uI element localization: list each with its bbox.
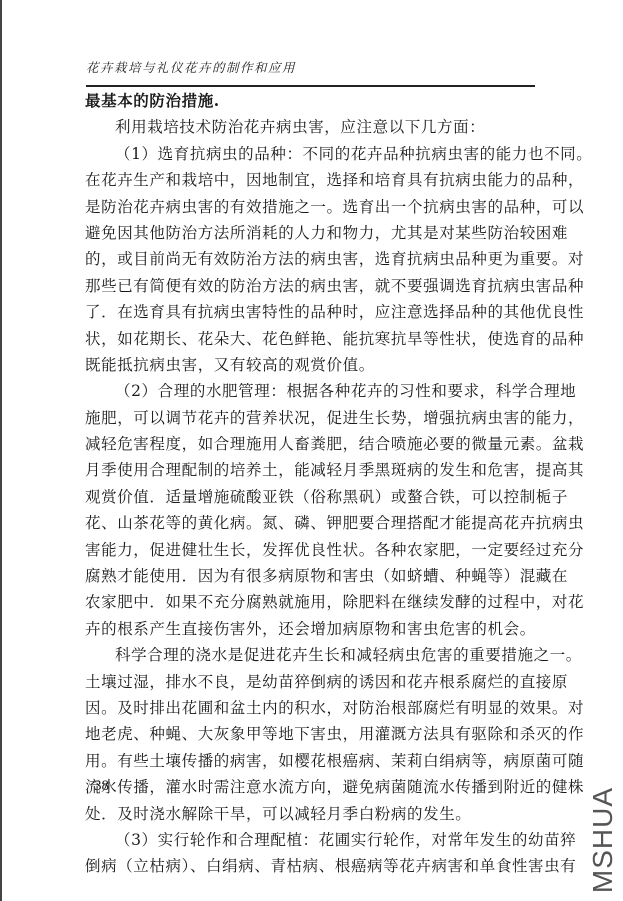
text-line: 流水传播，灌水时需注意水流方向，避免病菌随流水传播到附近的健株 <box>85 774 537 800</box>
watermark: MSHUA <box>588 796 618 884</box>
text-line: 施肥，可以调节花卉的营养状况，促进生长势，增强抗病虫害的能力， <box>85 405 537 431</box>
text-line: 农家肥中．如果不充分腐熟就施用，除肥料在继续发酵的过程中，对花 <box>85 589 537 615</box>
text-line: 在花卉生产和栽培中，因地制宜，选择和培育具有抗病虫能力的品种， <box>85 167 537 193</box>
text-line: 观赏价值．适量增施硫酸亚铁（俗称黑矾）或螯合铁，可以控制栀子 <box>85 484 537 510</box>
text-line: 减轻危害程度，如合理施用人畜粪肥，结合喷施必要的微量元素。盆栽 <box>85 431 537 457</box>
text-line: （3）实行轮作和合理配植：花圃实行轮作，对常年发生的幼苗猝 <box>85 827 537 853</box>
text-line: 是防治花卉病虫害的有效措施之一。选育出一个抗病虫害的品种，可以 <box>85 194 537 220</box>
text-line: 避免因其他防治方法所消耗的人力和物力，尤其是对某些防治较困难 <box>85 220 537 246</box>
text-line: 利用栽培技术防治花卉病虫害，应注意以下几方面： <box>85 114 537 140</box>
text-line: （1）选育抗病虫的品种：不同的花卉品种抗病虫害的能力也不同。 <box>85 141 537 167</box>
watermark-text: MSHUA <box>587 787 619 893</box>
text-line: 花、山茶花等的黄化病。氮、磷、钾肥要合理搭配才能提高花卉抗病虫 <box>85 510 537 536</box>
text-line: 状，如花期长、花朵大、花色鲜艳、能抗寒抗旱等性状，使选育的品种 <box>85 326 537 352</box>
body-text: 最基本的防治措施.利用栽培技术防治花卉病虫害，应注意以下几方面：（1）选育抗病虫… <box>85 88 537 880</box>
text-line: （2）合理的水肥管理：根据各种花卉的习性和要求，科学合理地 <box>85 378 537 404</box>
text-line: 既能抵抗病虫害，又有较高的观赏价值。 <box>85 352 537 378</box>
text-line: 最基本的防治措施. <box>85 88 537 114</box>
text-line: 卉的根系产生直接伤害外，还会增加病原物和害虫危害的机会。 <box>85 616 537 642</box>
text-line: 地老虎、种蝇、大灰象甲等地下害虫，用灌溉方法具有驱除和杀灭的作 <box>85 721 537 747</box>
header-rule <box>86 85 535 87</box>
text-line: 月季使用合理配制的培养土，能减轻月季黑斑病的发生和危害，提高其 <box>85 457 537 483</box>
text-line: 害能力，促进健壮生长，发挥优良性状。各种农家肥，一定要经过充分 <box>85 537 537 563</box>
page-left-border <box>0 0 2 901</box>
running-header-title: 花卉栽培与礼仪花卉的制作和应用 <box>86 58 296 76</box>
text-line: 处．及时浇水解除干旱，可以减轻月季白粉病的发生。 <box>85 801 537 827</box>
text-line: 土壤过湿，排水不良，是幼苗猝倒病的诱因和花卉根系腐烂的直接原 <box>85 669 537 695</box>
text-line: 倒病（立枯病）、白绢病、青枯病、根癌病等花卉病害和单食性害虫有 <box>85 853 537 879</box>
page-number: 38 <box>94 778 109 795</box>
text-line: 的，或目前尚无有效防治方法的病虫害，选育抗病虫品种更为重要。对 <box>85 246 537 272</box>
text-line: 了．在选育具有抗病虫害特性的品种时，应注意选择品种的其他优良性 <box>85 299 537 325</box>
text-line: 腐熟才能使用．因为有很多病原物和害虫（如蛴螬、种蝇等）混藏在 <box>85 563 537 589</box>
text-line: 科学合理的浇水是促进花卉生长和减轻病虫危害的重要措施之一。 <box>85 642 537 668</box>
text-line: 那些已有简便有效的防治方法的病虫害，就不要强调选育抗病虫害品种 <box>85 273 537 299</box>
text-line: 用。有些土壤传播的病害，如樱花根癌病、茉莉白绢病等，病原菌可随 <box>85 748 537 774</box>
text-line: 因。及时排出花圃和盆土内的积水，对防治根部腐烂有明显的效果。对 <box>85 695 537 721</box>
